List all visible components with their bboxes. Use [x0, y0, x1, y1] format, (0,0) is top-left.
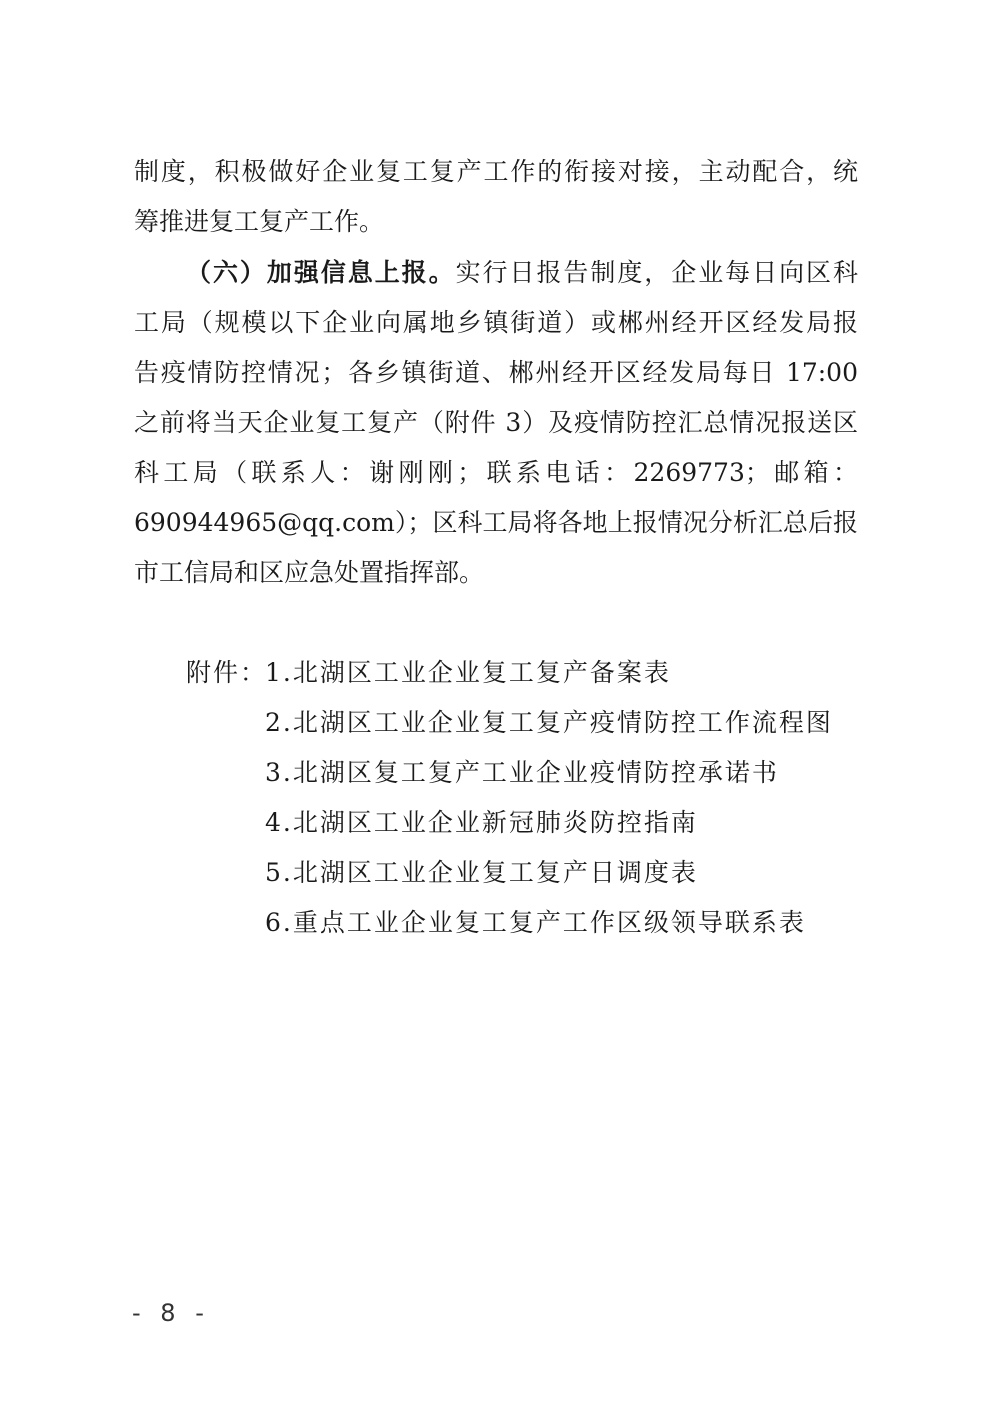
body-text-line: 690944965@qq.com）；区科工局将各地上报情况分析汇总后报 [134, 505, 858, 541]
page-number: - 8 - [132, 1297, 210, 1329]
attachment-item: 4.北湖区工业企业新冠肺炎防控指南 [265, 805, 698, 841]
section-paragraph-first-line: （六）加强信息上报。实行日报告制度，企业每日向区科 [186, 255, 858, 291]
attachment-item: 6.重点工业企业复工复产工作区级领导联系表 [265, 905, 806, 941]
attachment-item: 2.北湖区工业企业复工复产疫情防控工作流程图 [265, 705, 833, 741]
attachment-item: 5.北湖区工业企业复工复产日调度表 [265, 855, 698, 891]
attachment-item: 1.北湖区工业企业复工复产备案表 [265, 655, 671, 691]
attachment-item: 3.北湖区复工复产工业企业疫情防控承诺书 [265, 755, 779, 791]
body-text-line: 科工局（联系人：谢刚刚；联系电话：2269773；邮箱： [134, 455, 858, 491]
attachments-label: 附件： [186, 655, 267, 691]
body-text-line: 之前将当天企业复工复产（附件 3）及疫情防控汇总情况报送区 [134, 405, 858, 441]
body-text-line: 工局（规模以下企业向属地乡镇街道）或郴州经开区经发局报 [134, 305, 858, 341]
body-text-line: 市工信局和区应急处置指挥部。 [134, 555, 858, 591]
body-text-line: 筹推进复工复产工作。 [134, 204, 858, 240]
section-heading: （六）加强信息上报。 [186, 258, 456, 287]
body-text-line: 制度，积极做好企业复工复产工作的衔接对接，主动配合，统 [134, 154, 858, 190]
body-text-line: 告疫情防控情况；各乡镇街道、郴州经开区经发局每日 17:00 [134, 355, 858, 391]
body-text: 实行日报告制度，企业每日向区科 [456, 258, 858, 287]
